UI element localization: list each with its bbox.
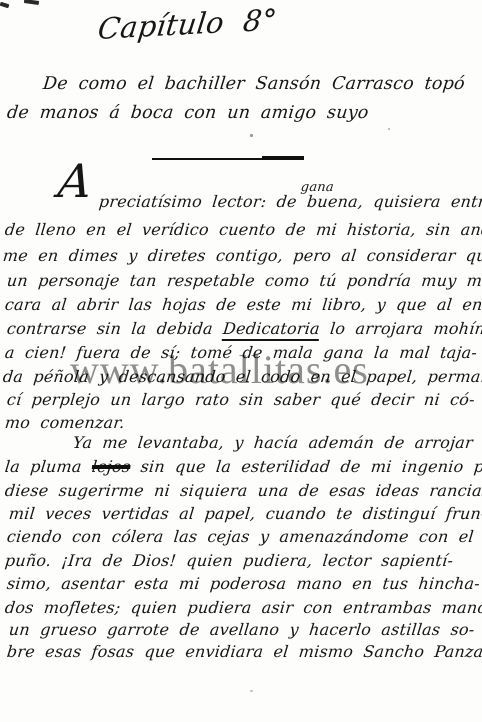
manuscript-line: preciatísimo lector: de buena, quisiera … (98, 192, 482, 211)
manuscript-line: bre esas fosas que envidiara el mismo Sa… (6, 642, 482, 661)
line-segment: sin que la esterilidad de mi ingenio pu- (129, 457, 482, 476)
line-segment: lo arrojara mohín- (319, 319, 482, 338)
manuscript-line: contrarse sin la debida Dedicatoria lo a… (6, 319, 482, 338)
manuscript-line: mo comenzar. (4, 413, 126, 432)
manuscript-line: dos mofletes; quien pudiera asir con ent… (4, 598, 482, 617)
manuscript-line: ciendo con cólera las cejas y amenazándo… (6, 527, 475, 546)
watermark-text: www.batallitas.es (70, 346, 369, 393)
manuscript-line: de lleno en el verídico cuento de mi his… (4, 220, 482, 239)
underlined-word-dedicatoria: Dedicatoria (222, 319, 321, 341)
ink-speck (388, 128, 390, 130)
drop-cap-initial: A (56, 158, 94, 204)
chapter-title: Capítulo 8° (96, 2, 279, 46)
chapter-subtitle-line-1: De como el bachiller Sansón Carrasco top… (42, 74, 466, 94)
manuscript-line: la pluma lejos sin que la esterilidad de… (4, 457, 482, 476)
section-divider (152, 158, 304, 160)
manuscript-line: diese sugerirme ni siquiera una de esas … (4, 481, 482, 500)
manuscript-line: cara al abrir las hojas de este mi libro… (4, 295, 482, 314)
struck-word: lejos (91, 457, 131, 476)
manuscript-line: puño. ¡Ira de Dios! quien pudiera, lecto… (4, 551, 454, 570)
ink-speck (24, 0, 39, 5)
manuscript-line: me en dimes y diretes contigo, pero al c… (2, 246, 482, 265)
manuscript-line: mil veces vertidas al papel, cuando te d… (8, 504, 482, 523)
manuscript-line: Ya me levantaba, y hacía ademán de arroj… (72, 433, 474, 452)
manuscript-line: un personaje tan respetable como tú pond… (6, 271, 482, 290)
manuscript-line: un grueso garrote de avellano y hacerlo … (8, 620, 476, 639)
ink-speck (250, 690, 253, 692)
ink-speck (0, 2, 9, 9)
line-segment: contrarse sin la debida (6, 319, 224, 338)
manuscript-line: simo, asentar esta mi poderosa mano en t… (6, 574, 481, 593)
chapter-subtitle-line-2: de manos á boca con un amigo suyo (6, 103, 370, 123)
manuscript-page: Capítulo 8° De como el bachiller Sansón … (0, 0, 482, 722)
section-divider (262, 156, 304, 158)
ink-speck (250, 134, 253, 137)
line-segment: la pluma (4, 457, 93, 476)
